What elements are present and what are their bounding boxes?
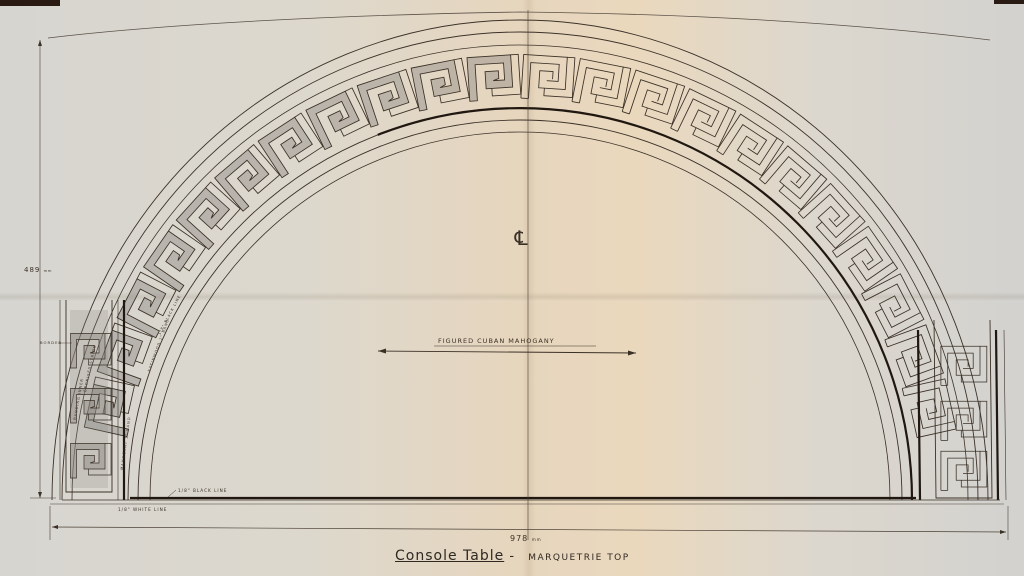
left-base-band xyxy=(60,300,124,500)
white-line-note: 1/8" WHITE LINE xyxy=(118,507,167,512)
grain-label: FIGURED CUBAN MAHOGANY xyxy=(438,337,555,345)
black-line-note: 1/8" BLACK LINE xyxy=(178,488,227,493)
grain-direction-arrow: FIGURED CUBAN MAHOGANY xyxy=(378,337,636,356)
greek-key-unit xyxy=(798,183,865,250)
arc-lines xyxy=(52,20,988,500)
title-separator: - xyxy=(504,549,520,564)
greek-key-unit xyxy=(759,146,826,213)
height-value: 489 mm xyxy=(24,266,52,274)
greek-key-unit xyxy=(717,114,784,179)
annotations: BORDER 1/8" BLACK LINE 1/8" WHITE LINE S… xyxy=(40,294,227,512)
right-base-band xyxy=(918,320,1006,500)
height-dimension: 489 mm xyxy=(24,40,56,498)
greek-key-unit xyxy=(521,54,575,101)
drawing-sheet: ℄ FIGURED CUBAN MAHOGANY 978 mm 489 mm xyxy=(0,0,1024,576)
baseline xyxy=(50,498,1004,504)
table-top-plan: ℄ FIGURED CUBAN MAHOGANY 978 mm 489 mm xyxy=(0,0,1024,576)
title-subtitle: MARQUETRIE TOP xyxy=(528,553,630,563)
sheet-guide-top xyxy=(48,12,990,40)
centre-mark: ℄ xyxy=(512,226,531,250)
width-dimension: 978 mm xyxy=(50,506,1008,543)
greek-key-unit xyxy=(832,226,897,293)
greek-key-unit xyxy=(572,59,631,112)
greek-key-unit xyxy=(411,58,470,111)
greek-key-unit xyxy=(467,54,521,101)
border-note: BORDER xyxy=(40,340,62,345)
drawing-title: Console Table - MARQUETRIE TOP xyxy=(395,548,630,564)
width-value: 978 mm xyxy=(510,534,542,543)
title-main: Console Table xyxy=(395,548,504,564)
